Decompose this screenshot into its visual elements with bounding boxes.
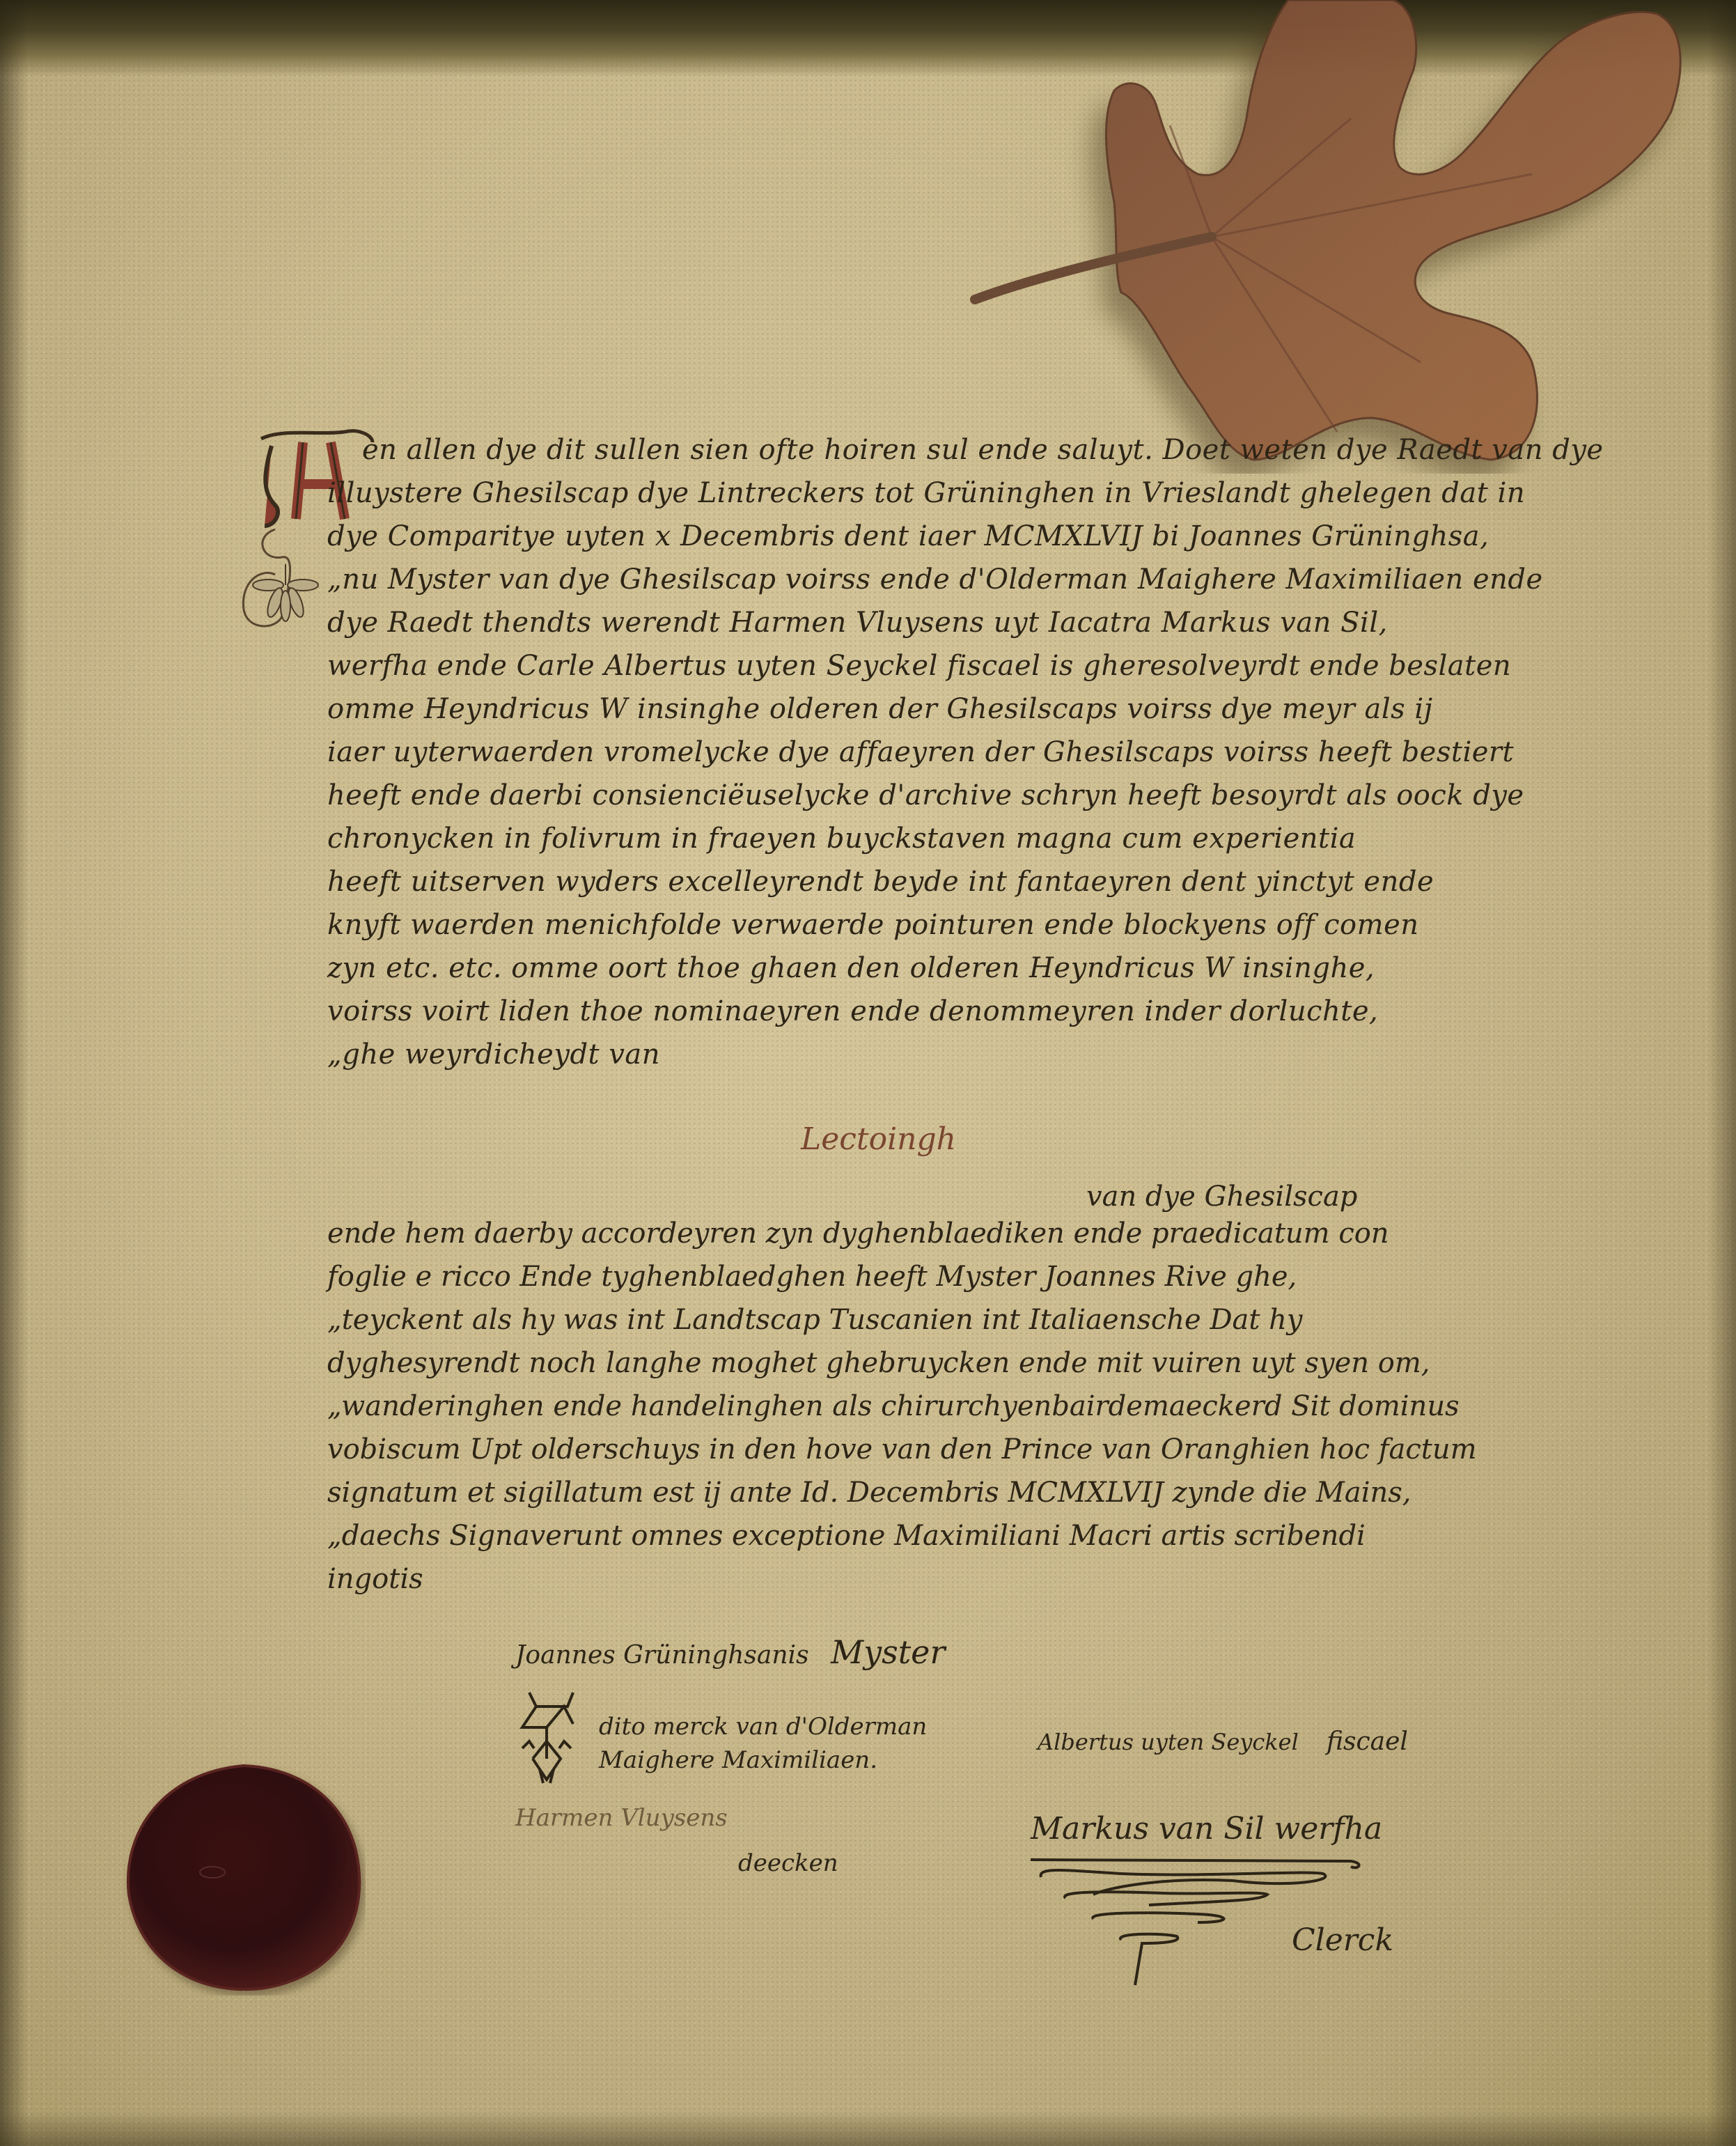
- signature-master-name: Joannes Grüninghsanis: [515, 1641, 809, 1670]
- body-line: ingotis: [327, 1557, 1455, 1601]
- signature-master-role: Myster: [831, 1633, 945, 1671]
- frame-left-shadow: [0, 0, 28, 2146]
- framed-document: en allen dye dit sullen sien ofte hoiren…: [0, 0, 1736, 2146]
- charter-body-continued: ende hem daerby accordeyren zyn dyghenbl…: [327, 1212, 1455, 1601]
- signature-clerk-name: Markus van Sil werfha: [1031, 1811, 1382, 1846]
- body-line: „nu Myster van dye Ghesilscap voirss end…: [327, 558, 1441, 601]
- house-mark-icon: [519, 1689, 581, 1787]
- body-line: heeft ende daerbi consienciëuselycke d'a…: [327, 774, 1441, 817]
- frame-bottom-shadow: [0, 2111, 1736, 2146]
- body-line: „wanderinghen ende handelinghen als chir…: [327, 1385, 1455, 1428]
- body-line: voirss voirt liden thoe nominaeyren ende…: [327, 990, 1441, 1033]
- signature-deacon-role: deecken: [738, 1849, 838, 1877]
- signature-master: Joannes Grüninghsanis Myster: [515, 1633, 945, 1671]
- signature-fiscal-role: fiscael: [1327, 1727, 1408, 1756]
- alderman-mark-caption: dito merck van d'Olderman Maighere Maxim…: [599, 1710, 927, 1777]
- body-line: zyn etc. etc. omme oort thoe ghaen den o…: [327, 947, 1441, 990]
- body-line: „ghe weyrdicheydt van: [327, 1033, 1441, 1076]
- title-rubric: Lectoingh: [801, 1121, 956, 1157]
- body-line: en allen dye dit sullen sien ofte hoiren…: [327, 428, 1441, 472]
- body-line: heeft uitserven wyders excelleyrendt bey…: [327, 860, 1441, 903]
- body-line: knyft waerden menichfolde verwaerde poin…: [327, 903, 1441, 947]
- body-line: signatum et sigillatum est ij ante Id. D…: [327, 1471, 1455, 1514]
- body-line: chronycken in folivrum in fraeyen buycks…: [327, 817, 1441, 860]
- signature-deacon-name: Harmen Vluysens: [515, 1804, 728, 1832]
- signature-clerk-role: Clerck: [1292, 1922, 1393, 1958]
- dried-leaf-icon: [961, 0, 1736, 474]
- body-line: ende hem daerby accordeyren zyn dyghenbl…: [327, 1212, 1455, 1255]
- body-line: vobiscum Upt olderschuys in den hove van…: [327, 1428, 1455, 1471]
- body-line: omme Heyndricus W insinghe olderen der G…: [327, 687, 1441, 731]
- body-line: dyghesyrendt noch langhe moghet ghebruyc…: [327, 1342, 1455, 1385]
- title-continuation: van dye Ghesilscap: [1086, 1181, 1357, 1213]
- signature-fiscal: Albertus uyten Seyckel fiscael: [1038, 1727, 1408, 1756]
- body-line: werfha ende Carle Albertus uyten Seyckel…: [327, 644, 1441, 687]
- charter-body: en allen dye dit sullen sien ofte hoiren…: [327, 428, 1441, 1076]
- body-line: iaer uyterwaerden vromelycke dye affaeyr…: [327, 731, 1441, 774]
- body-line: foglie e ricco Ende tyghenblaedghen heef…: [327, 1255, 1455, 1298]
- body-line: dye Comparitye uyten x Decembris dent ia…: [327, 515, 1441, 558]
- signature-fiscal-name: Albertus uyten Seyckel: [1038, 1729, 1299, 1755]
- body-line: „daechs Signaverunt omnes exceptione Max…: [327, 1514, 1455, 1557]
- wax-seal-icon: [122, 1762, 366, 1996]
- signature-deacon: Harmen Vluysens: [515, 1804, 728, 1832]
- body-line: dye Raedt thendts werendt Harmen Vluysen…: [327, 601, 1441, 644]
- body-line: „teyckent als hy was int Landtscap Tusca…: [327, 1298, 1455, 1342]
- body-line: illuystere Ghesilscap dye Lintreckers to…: [327, 472, 1441, 515]
